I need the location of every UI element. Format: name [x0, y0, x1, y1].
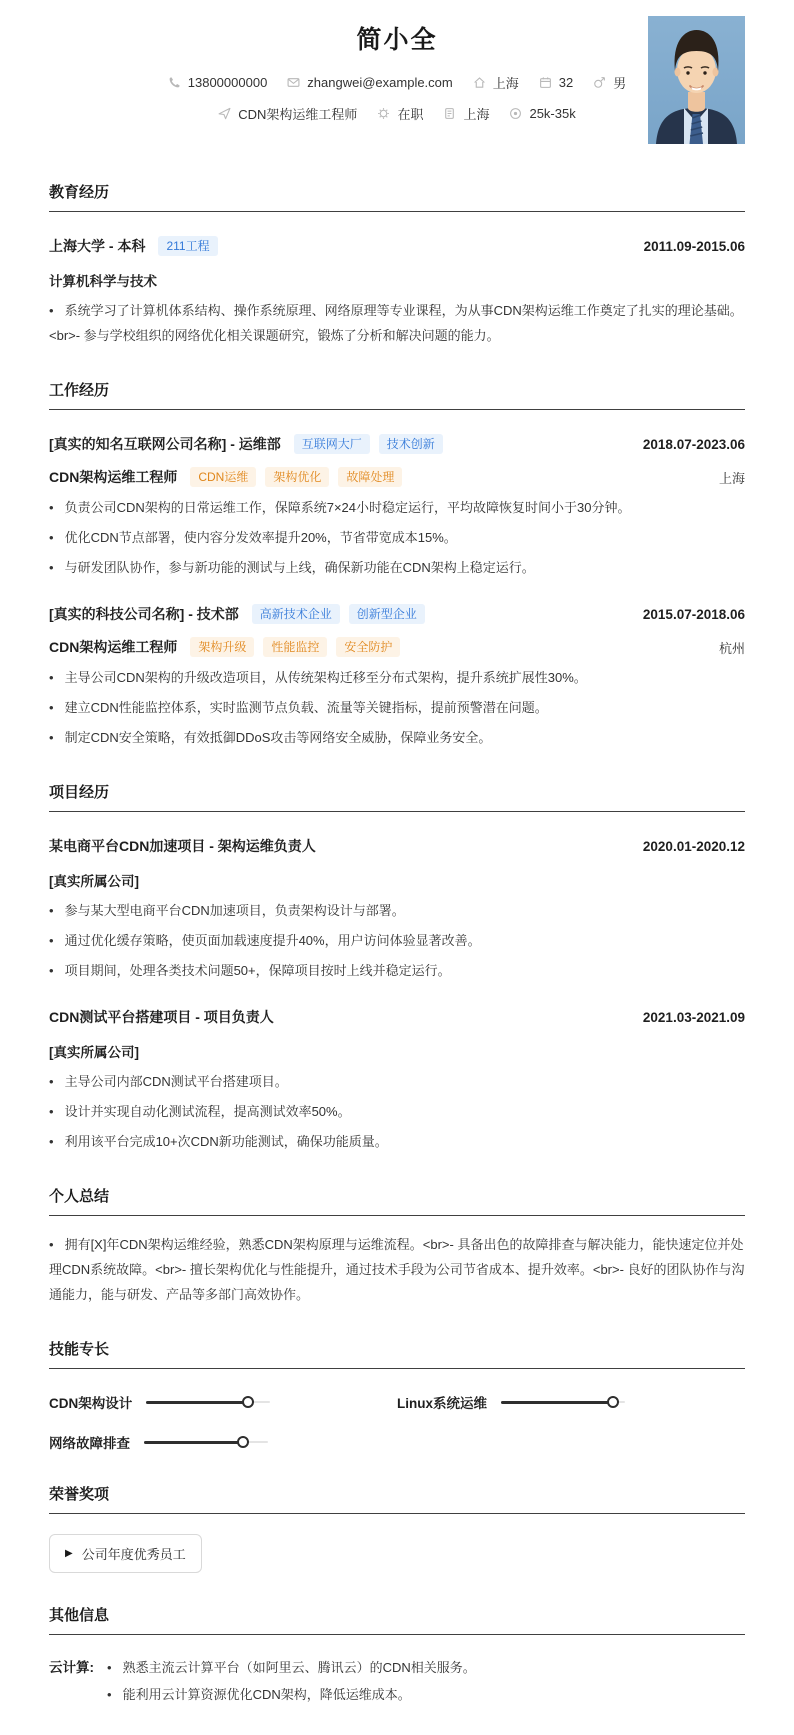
portrait-photo-illustration	[648, 16, 745, 144]
work-entry-1-role-row: CDN架构运维工程师 CDN运维 架构优化 故障处理 上海	[49, 467, 745, 487]
other-info-row: 云计算: 熟悉主流云计算平台（如阿里云、腾讯云）的CDN相关服务。 能利用云计算…	[49, 1655, 745, 1707]
skill-label: CDN架构设计	[49, 1392, 132, 1412]
project-name: 某电商平台CDN加速项目 - 架构运维负责人	[49, 836, 316, 856]
work-entry-1-head: [真实的知名互联网公司名称] - 运维部 互联网大厂 技术创新 2018.07-…	[49, 434, 745, 454]
skill-slider	[501, 1396, 625, 1409]
education-bullets: 系统学习了计算机体系结构、操作系统原理、网络原理等专业课程，为从事CDN架构运维…	[49, 298, 745, 348]
project-entry-1-bullets: 参与某大型电商平台CDN加速项目，负责架构设计与部署。 通过优化缓存策略，使页面…	[49, 898, 745, 983]
work-entry-2-bullets: 主导公司CDN架构的升级改造项目，从传统架构迁移至分布式架构，提升系统扩展性30…	[49, 665, 745, 750]
company-badge: 互联网大厂	[294, 434, 370, 454]
position-icon	[218, 107, 231, 120]
bullet-item: 参与某大型电商平台CDN加速项目，负责架构设计与部署。	[49, 898, 745, 923]
bullet-item: 利用该平台完成10+次CDN新功能测试，确保功能质量。	[49, 1129, 745, 1154]
contact-email: zhangwei@example.com	[287, 75, 452, 90]
work-entry-2: [真实的科技公司名称] - 技术部 高新技术企业 创新型企业 2015.07-2…	[49, 604, 745, 750]
contact-work-city: 上海	[443, 104, 489, 123]
contact-gender-text: 男	[613, 73, 626, 92]
contact-row-1: 13800000000 zhangwei@example.com 上海 32 男	[49, 73, 745, 92]
bullet-item: 设计并实现自动化测试流程，提高测试效率50%。	[49, 1099, 745, 1124]
project-name: CDN测试平台搭建项目 - 项目负责人	[49, 1007, 274, 1027]
phone-icon	[168, 76, 181, 89]
section-title-skills: 技能专长	[49, 1338, 745, 1369]
contact-email-text: zhangwei@example.com	[307, 75, 452, 90]
work-entry-2-role-row: CDN架构运维工程师 架构升级 性能监控 安全防护 杭州	[49, 637, 745, 657]
section-summary: 个人总结 拥有[X]年CDN架构运维经验，熟悉CDN架构原理与运维流程。<br>…	[49, 1185, 745, 1307]
slider-knob	[237, 1436, 249, 1448]
company-badge: 技术创新	[379, 434, 443, 454]
contact-phone-text: 13800000000	[188, 75, 268, 90]
skill-item-cdn-architecture: CDN架构设计	[49, 1392, 397, 1412]
company-badge: 创新型企业	[349, 604, 425, 624]
bullet-item: 拥有[X]年CDN架构运维经验，熟悉CDN架构原理与运维流程。<br>- 具备出…	[49, 1232, 745, 1307]
role-badge: 安全防护	[336, 637, 400, 657]
contact-age: 32	[539, 75, 573, 90]
project-entry-2-bullets: 主导公司内部CDN测试平台搭建项目。 设计并实现自动化测试流程，提高测试效率50…	[49, 1069, 745, 1154]
other-bullets: 熟悉主流云计算平台（如阿里云、腾讯云）的CDN相关服务。 能利用云计算资源优化C…	[107, 1655, 476, 1707]
contact-city: 上海	[473, 73, 519, 92]
work-location: 上海	[719, 468, 745, 487]
profile-photo	[648, 16, 745, 144]
honor-text: 公司年度优秀员工	[82, 1544, 186, 1563]
bullet-item: 主导公司CDN架构的升级改造项目，从传统架构迁移至分布式架构，提升系统扩展性30…	[49, 665, 745, 690]
skills-grid: CDN架构设计 Linux系统运维 网络故障排查	[49, 1392, 745, 1452]
role-badges: CDN运维 架构优化 故障处理	[190, 467, 402, 487]
section-title-summary: 个人总结	[49, 1185, 745, 1216]
school-badge: 211工程	[158, 236, 217, 256]
bullet-item: 制定CDN安全策略，有效抵御DDoS攻击等网络安全威胁，保障业务安全。	[49, 725, 745, 750]
location-icon	[443, 107, 456, 120]
role-badge: 架构优化	[265, 467, 329, 487]
page-title: 简小全	[49, 16, 745, 56]
bullet-item: 通过优化缓存策略，使页面加载速度提升40%，用户访问体验显著改善。	[49, 928, 745, 953]
section-title-education: 教育经历	[49, 181, 745, 212]
bullet-item: 负责公司CDN架构的日常运维工作，保障系统7×24小时稳定运行，平均故障恢复时间…	[49, 495, 745, 520]
company-name: [真实的科技公司名称] - 技术部	[49, 604, 239, 624]
section-other: 其他信息 云计算: 熟悉主流云计算平台（如阿里云、腾讯云）的CDN相关服务。 能…	[49, 1604, 745, 1707]
skill-label: Linux系统运维	[397, 1392, 487, 1412]
contact-salary-text: 25k-35k	[529, 106, 575, 121]
slider-fill	[146, 1401, 248, 1404]
contact-age-text: 32	[559, 75, 573, 90]
play-triangle-icon: ▶	[65, 1549, 73, 1559]
school-name: 上海大学 - 本科	[49, 236, 145, 256]
bullet-item: 与研发团队协作，参与新功能的测试与上线，确保新功能在CDN架构上稳定运行。	[49, 555, 745, 580]
project-entry-1: 某电商平台CDN加速项目 - 架构运维负责人 2020.01-2020.12 […	[49, 836, 745, 983]
work-entry-1-bullets: 负责公司CDN架构的日常运维工作，保障系统7×24小时稳定运行，平均故障恢复时间…	[49, 495, 745, 580]
role-badge: CDN运维	[190, 467, 256, 487]
contact-city-text: 上海	[493, 73, 519, 92]
work-date: 2015.07-2018.06	[643, 607, 745, 622]
email-icon	[287, 76, 300, 89]
contact-gender: 男	[593, 73, 626, 92]
project-entry-1-head: 某电商平台CDN加速项目 - 架构运维负责人 2020.01-2020.12	[49, 836, 745, 856]
section-education: 教育经历 上海大学 - 本科 211工程 2011.09-2015.06 计算机…	[49, 181, 745, 348]
contact-phone: 13800000000	[168, 75, 268, 90]
role-badge: 故障处理	[338, 467, 402, 487]
education-entry-head: 上海大学 - 本科 211工程 2011.09-2015.06	[49, 236, 745, 256]
project-company: [真实所属公司]	[49, 870, 745, 890]
contact-row-2: CDN架构运维工程师 在职 上海 25k-35k	[49, 104, 745, 123]
slider-fill	[144, 1441, 243, 1444]
slider-knob	[607, 1396, 619, 1408]
skill-slider	[146, 1396, 270, 1409]
skill-item-linux-ops: Linux系统运维	[397, 1392, 745, 1412]
contact-status-text: 在职	[397, 104, 423, 123]
home-icon	[473, 76, 486, 89]
skill-label: 网络故障排查	[49, 1432, 130, 1452]
work-entry-2-head: [真实的科技公司名称] - 技术部 高新技术企业 创新型企业 2015.07-2…	[49, 604, 745, 624]
contact-salary: 25k-35k	[509, 106, 575, 121]
skill-slider	[144, 1436, 268, 1449]
project-date: 2021.03-2021.09	[643, 1010, 745, 1025]
bullet-item: 建立CDN性能监控体系，实时监测节点负载、流量等关键指标，提前预警潜在问题。	[49, 695, 745, 720]
bullet-item: 系统学习了计算机体系结构、操作系统原理、网络原理等专业课程，为从事CDN架构运维…	[49, 298, 745, 348]
work-location: 杭州	[719, 638, 745, 657]
gender-icon	[593, 76, 606, 89]
role-badge: 架构升级	[190, 637, 254, 657]
resume-header: 简小全 13800000000 zhangwei@example.com 上海 …	[49, 16, 745, 150]
contact-status: 在职	[377, 104, 423, 123]
skill-item-network-troubleshooting: 网络故障排查	[49, 1432, 397, 1452]
major-name: 计算机科学与技术	[49, 270, 745, 290]
bullet-item: 主导公司内部CDN测试平台搭建项目。	[49, 1069, 745, 1094]
contact-work-city-text: 上海	[463, 104, 489, 123]
status-icon	[377, 107, 390, 120]
honor-badge: ▶ 公司年度优秀员工	[49, 1534, 202, 1573]
company-name: [真实的知名互联网公司名称] - 运维部	[49, 434, 281, 454]
section-title-other: 其他信息	[49, 1604, 745, 1635]
section-work: 工作经历 [真实的知名互联网公司名称] - 运维部 互联网大厂 技术创新 201…	[49, 379, 745, 750]
bullet-item: 项目期间，处理各类技术问题50+，保障项目按时上线并稳定运行。	[49, 958, 745, 983]
bullet-item: 优化CDN节点部署，使内容分发效率提升20%，节省带宽成本15%。	[49, 525, 745, 550]
company-badges: 高新技术企业 创新型企业	[252, 604, 425, 624]
project-entry-2-head: CDN测试平台搭建项目 - 项目负责人 2021.03-2021.09	[49, 1007, 745, 1027]
salary-icon	[509, 107, 522, 120]
contact-job-title-text: CDN架构运维工程师	[238, 104, 357, 123]
role-badges: 架构升级 性能监控 安全防护	[190, 637, 400, 657]
role-title: CDN架构运维工程师	[49, 467, 177, 487]
company-badge: 高新技术企业	[252, 604, 340, 624]
other-category-label: 云计算:	[49, 1655, 94, 1680]
section-skills: 技能专长 CDN架构设计 Linux系统运维 网络故障排查	[49, 1338, 745, 1452]
role-badge: 性能监控	[263, 637, 327, 657]
summary-bullets: 拥有[X]年CDN架构运维经验，熟悉CDN架构原理与运维流程。<br>- 具备出…	[49, 1232, 745, 1307]
age-icon	[539, 76, 552, 89]
bullet-item: 能利用云计算资源优化CDN架构，降低运维成本。	[107, 1682, 476, 1707]
resume-page: 简小全 13800000000 zhangwei@example.com 上海 …	[0, 0, 794, 1735]
project-date: 2020.01-2020.12	[643, 839, 745, 854]
contact-job-title: CDN架构运维工程师	[218, 104, 357, 123]
section-projects: 项目经历 某电商平台CDN加速项目 - 架构运维负责人 2020.01-2020…	[49, 781, 745, 1154]
bullet-item: 熟悉主流云计算平台（如阿里云、腾讯云）的CDN相关服务。	[107, 1655, 476, 1680]
project-entry-2: CDN测试平台搭建项目 - 项目负责人 2021.03-2021.09 [真实所…	[49, 1007, 745, 1154]
slider-fill	[501, 1401, 613, 1404]
section-title-work: 工作经历	[49, 379, 745, 410]
section-title-projects: 项目经历	[49, 781, 745, 812]
work-entry-1: [真实的知名互联网公司名称] - 运维部 互联网大厂 技术创新 2018.07-…	[49, 434, 745, 580]
project-company: [真实所属公司]	[49, 1041, 745, 1061]
education-entry: 上海大学 - 本科 211工程 2011.09-2015.06 计算机科学与技术…	[49, 236, 745, 348]
slider-knob	[242, 1396, 254, 1408]
school-badges: 211工程	[158, 236, 217, 256]
company-badges: 互联网大厂 技术创新	[294, 434, 443, 454]
role-title: CDN架构运维工程师	[49, 637, 177, 657]
section-title-honors: 荣誉奖项	[49, 1483, 745, 1514]
education-date: 2011.09-2015.06	[644, 239, 745, 254]
work-date: 2018.07-2023.06	[643, 437, 745, 452]
section-honors: 荣誉奖项 ▶ 公司年度优秀员工	[49, 1483, 745, 1573]
